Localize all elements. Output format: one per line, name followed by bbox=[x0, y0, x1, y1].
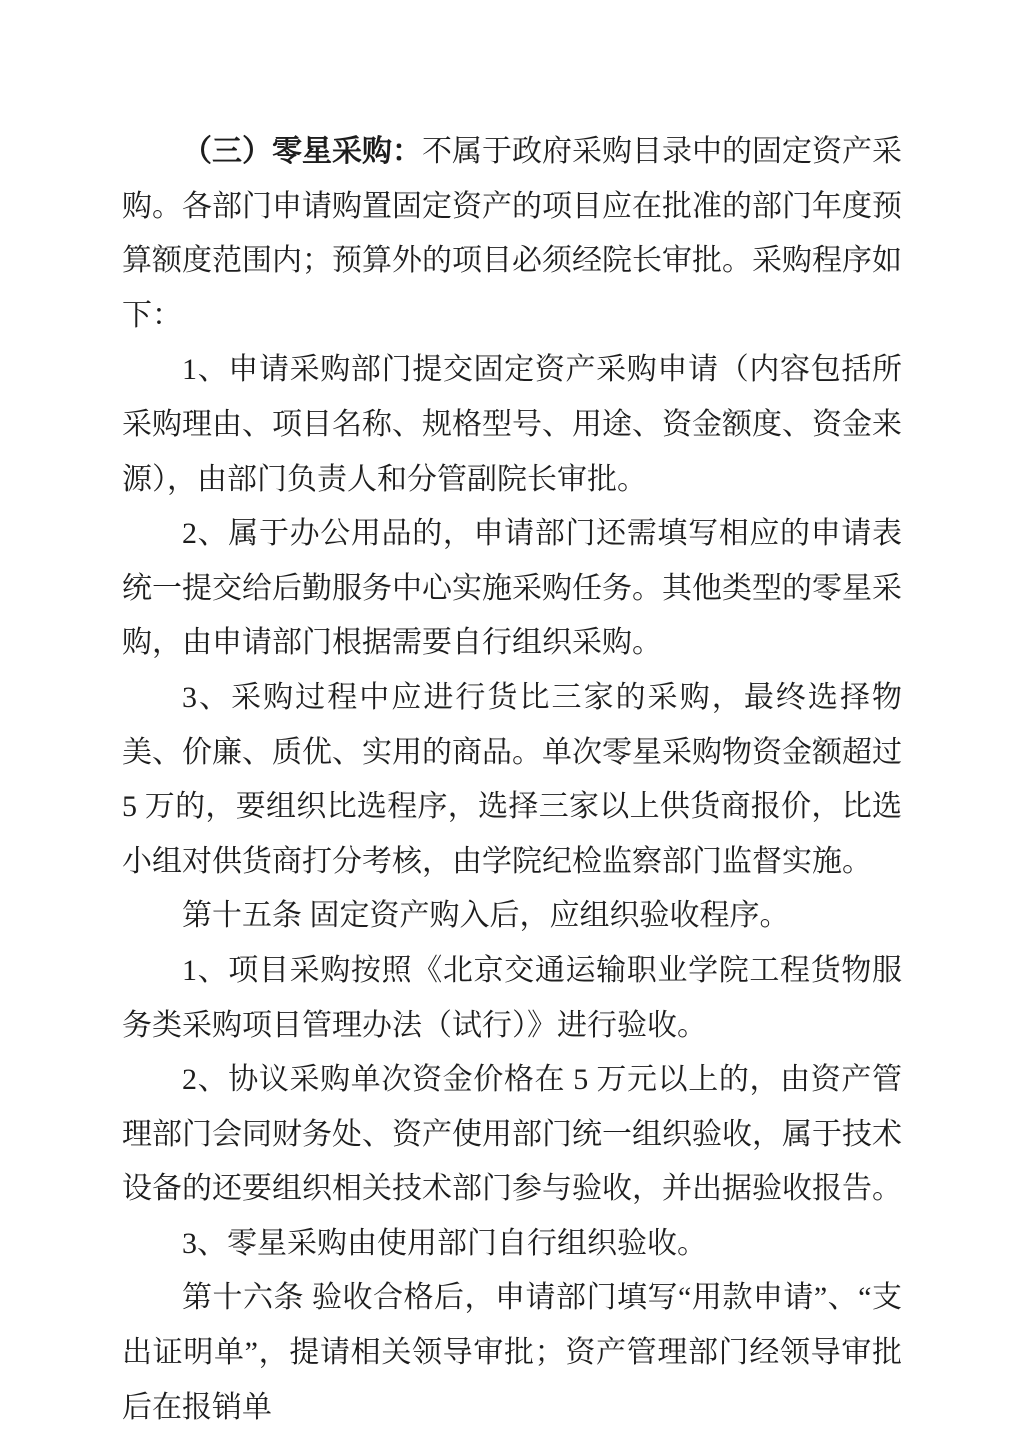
paragraph-text: 2、属于办公用品的，申请部门还需填写相应的申请表统一提交给后勤服务中心实施采购任… bbox=[122, 517, 902, 659]
paragraph-text: 3、零星采购由使用部门自行组织验收。 bbox=[182, 1227, 707, 1260]
paragraph-text: 2、协议采购单次资金价格在 5 万元以上的，由资产管理部门会同财务处、资产使用部… bbox=[122, 1063, 902, 1205]
paragraph-text: 第十六条 验收合格后，申请部门填写“用款申请”、“支出证明单”，提请相关领导审批… bbox=[122, 1281, 902, 1423]
paragraph-text: 1、申请采购部门提交固定资产采购申请（内容包括所采购理由、项目名称、规格型号、用… bbox=[122, 353, 902, 495]
paragraph-procedure-item-3: 3、采购过程中应进行货比三家的采购，最终选择物美、价廉、质优、实用的商品。单次零… bbox=[122, 671, 902, 889]
paragraph-text: 第十五条 固定资产购入后，应组织验收程序。 bbox=[182, 899, 790, 932]
paragraph-procedure-item-1: 1、申请采购部门提交固定资产采购申请（内容包括所采购理由、项目名称、规格型号、用… bbox=[122, 343, 902, 507]
paragraph-text: 3、采购过程中应进行货比三家的采购，最终选择物美、价廉、质优、实用的商品。单次零… bbox=[122, 681, 902, 878]
paragraph-text: 1、项目采购按照《北京交通运输职业学院工程货物服务类采购项目管理办法（试行）》进… bbox=[122, 954, 902, 1042]
paragraph-procedure-item-2: 2、属于办公用品的，申请部门还需填写相应的申请表统一提交给后勤服务中心实施采购任… bbox=[122, 507, 902, 671]
paragraph-acceptance-item-3: 3、零星采购由使用部门自行组织验收。 bbox=[122, 1217, 902, 1272]
paragraph-lead-bold: （三）零星采购： bbox=[182, 135, 422, 168]
paragraph-acceptance-item-1: 1、项目采购按照《北京交通运输职业学院工程货物服务类采购项目管理办法（试行）》进… bbox=[122, 944, 902, 1053]
paragraph-article-16: 第十六条 验收合格后，申请部门填写“用款申请”、“支出证明单”，提请相关领导审批… bbox=[122, 1271, 902, 1435]
paragraph-acceptance-item-2: 2、协议采购单次资金价格在 5 万元以上的，由资产管理部门会同财务处、资产使用部… bbox=[122, 1053, 902, 1217]
document-page: （三）零星采购：不属于政府采购目录中的固定资产采购。各部门申请购置固定资产的项目… bbox=[0, 0, 1024, 1448]
paragraph-sporadic-procurement-intro: （三）零星采购：不属于政府采购目录中的固定资产采购。各部门申请购置固定资产的项目… bbox=[122, 125, 902, 343]
paragraph-article-15: 第十五条 固定资产购入后，应组织验收程序。 bbox=[122, 889, 902, 944]
